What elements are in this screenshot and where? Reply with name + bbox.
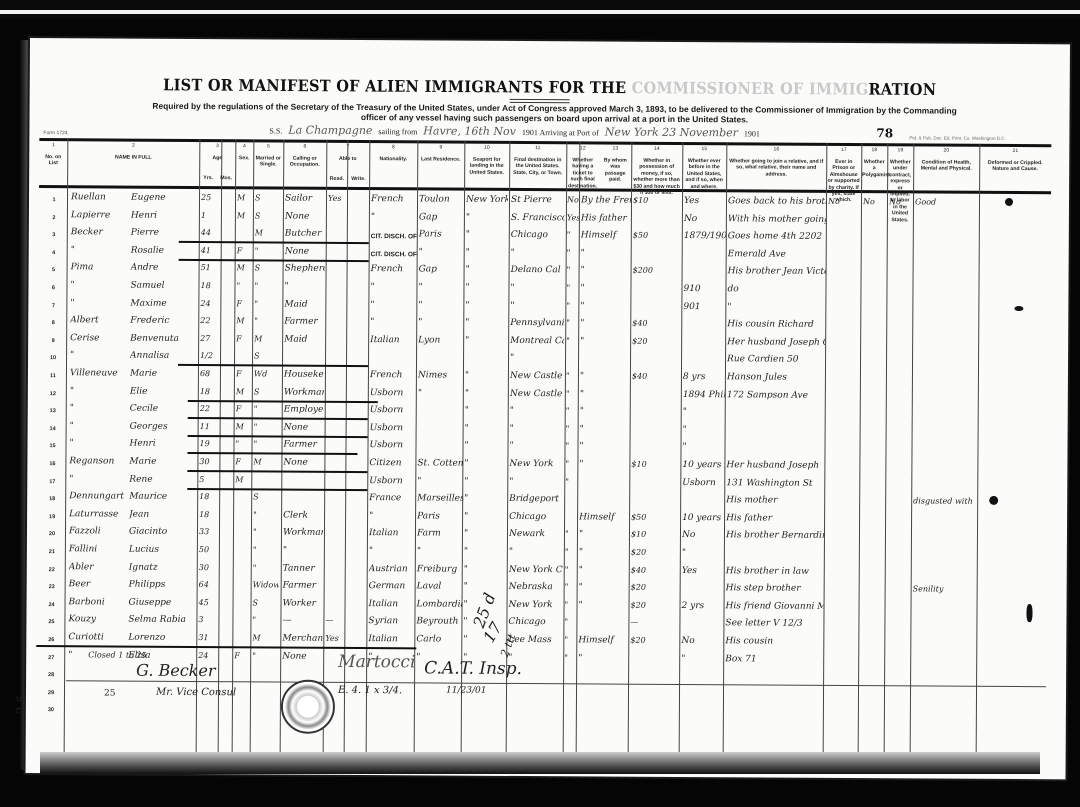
row-number: 10 (40, 355, 66, 361)
column-header: Whether ever before in the United States… (683, 158, 725, 190)
cell-age: 68 (200, 369, 220, 378)
cell-dest: Bridgeport (509, 494, 563, 504)
cell-port: " (465, 371, 507, 381)
column-number: 15 (682, 146, 726, 152)
ink-blot (1014, 306, 1023, 311)
cell-health: disgusted with (913, 497, 977, 506)
cell-ticket: " (566, 389, 578, 398)
cell-ms: " (253, 528, 279, 537)
cell-paid: " (580, 407, 630, 417)
column-header: Deformed or Crippled. Nature and Cause. (980, 160, 1050, 173)
cell-given: Selma Rabia (128, 615, 194, 625)
cell-surname: " (71, 245, 131, 255)
cell-ticket: " (566, 318, 578, 327)
cell-paid: His father (581, 213, 631, 223)
cell-dest: " (510, 301, 564, 311)
cell-ms: " (252, 651, 278, 660)
cell-sex: F (234, 651, 248, 660)
cell-ticket: " (567, 266, 579, 275)
cell-age: 22 (200, 316, 220, 325)
cell-paid: " (580, 283, 630, 293)
row-number: 7 (40, 303, 66, 309)
cell-paid: Himself (579, 512, 629, 522)
cell-before: 10 years (682, 513, 724, 523)
cell-ticket: " (565, 547, 577, 556)
cell-paid: " (581, 248, 631, 258)
cell-ticket: " (564, 653, 576, 662)
cell-occ: None (283, 458, 323, 468)
cell-surname: Pima (71, 263, 131, 273)
cell-age: 30 (199, 563, 219, 572)
cell-before: No (684, 214, 726, 224)
scan-edge-line (0, 10, 1080, 14)
cell-age: 45 (199, 598, 219, 607)
cell-ticket: " (566, 406, 578, 415)
column-number: 14 (631, 146, 682, 152)
column-header: Calling or Occupation. (284, 156, 325, 169)
column-number: 18 (861, 147, 887, 153)
cell-occ: None (285, 246, 325, 256)
cell-age: 19 (199, 439, 219, 448)
cell-nat: French (371, 264, 417, 274)
signature-inspector: C.A.T. Insp. (424, 658, 522, 679)
cell-money: $40 (631, 565, 679, 574)
cell-dest: " (509, 441, 563, 451)
cell-ticket: " (565, 442, 577, 451)
cell-paid: " (579, 442, 629, 452)
document-title: LIST OR MANIFEST OF ALIEN IMMIGRANTS FOR… (30, 75, 1070, 100)
cell-given: Eugene (131, 193, 197, 203)
cell-join: Her husband Joseph (726, 460, 824, 471)
cell-port: " (464, 476, 506, 486)
column-number: 9 (417, 144, 464, 150)
cell-before: " (682, 442, 724, 452)
column-header: Married or Single. (254, 155, 282, 168)
signature-martocci-note: E. 4. 1 x 3/4. (338, 685, 402, 696)
scan-border-top (0, 0, 1080, 18)
cell-res: " (419, 247, 465, 257)
cell-ticket: " (565, 477, 577, 486)
cell-money: $50 (631, 512, 679, 521)
cell-given: Maurice (129, 492, 195, 502)
cell-surname: Ruellan (71, 192, 131, 202)
cell-dest: " (510, 406, 564, 416)
cell-join: Goes home 4th 2202 (728, 231, 826, 242)
cell-ms: " (254, 405, 280, 414)
cell-nat: " (369, 546, 415, 556)
cell-nat: " (369, 511, 415, 521)
cell-sex: F (236, 334, 250, 343)
ship-info-line: S.S. La Champagne sailing from Havre, 16… (269, 123, 829, 139)
cell-surname: Fallini (69, 544, 129, 554)
cell-money: $10 (631, 530, 679, 539)
cell-paid: " (580, 319, 630, 329)
cell-before: " (683, 407, 725, 417)
cell-join: Rue Cardien 50 (727, 355, 825, 366)
row-number: 29 (38, 690, 64, 696)
cell-nat: " (370, 282, 416, 292)
column-subheader: Read. (326, 176, 348, 183)
cell-res: " (417, 546, 463, 556)
cell-ms: " (252, 616, 278, 625)
column-header: Whether in possession of money, if so, w… (632, 158, 681, 197)
cell-surname: Lapierre (71, 210, 131, 220)
cell-paid: " (580, 371, 630, 381)
column-number: 16 (726, 146, 826, 153)
arriving-port: New York 23 November (605, 126, 738, 140)
cell-given: Cecile (130, 404, 196, 414)
cell-money: — (630, 618, 678, 627)
cell-surname: " (70, 403, 130, 413)
cell-ticket: " (566, 283, 578, 292)
cell-ms: " (255, 246, 281, 255)
column-number: 3 (199, 143, 235, 149)
cell-port: " (465, 388, 507, 398)
signature-martocci: Martocci (338, 652, 415, 672)
cell-sex: M (236, 387, 250, 396)
cell-before: 901 (683, 302, 725, 312)
cell-surname: " (69, 439, 129, 449)
cell-given: Marie (129, 457, 195, 467)
cell-nat: Citizen (369, 458, 415, 468)
cell-dest: Pennsylvania (510, 318, 564, 328)
cell-given: Frederic (130, 316, 196, 326)
cell-join: His brother Jean Victor (728, 267, 826, 278)
cell-occ: Worker (283, 598, 323, 608)
cell-given: Pierre (131, 228, 197, 238)
cell-dest: S. Francisco (511, 213, 565, 223)
cell-paid: " (580, 336, 630, 346)
cell-age: 1/2 (200, 351, 220, 360)
cell-port: " (466, 247, 508, 257)
cell-port: " (465, 318, 507, 328)
row-number: 18 (39, 496, 65, 502)
cell-contract: No (889, 197, 913, 206)
column-number: 8 (369, 144, 417, 150)
cell-paid: " (579, 530, 629, 540)
cell-occ: Tanner (283, 563, 323, 573)
cell-age: 24 (198, 651, 218, 660)
cell-occ: Sailor (285, 194, 325, 204)
closed-note: Closed 1 to 25 (88, 650, 146, 659)
ink-blot (1026, 604, 1032, 622)
inspection-date: 11/23/01 (446, 686, 486, 696)
cell-nat: Syrian (368, 616, 414, 626)
cell-sex: F (237, 246, 251, 255)
cell-occ: Shepherd (285, 264, 325, 274)
row-number: 21 (39, 549, 65, 555)
column-number: 4 (235, 143, 253, 149)
cell-res: St. Cotten (417, 458, 463, 468)
cell-surname: " (70, 298, 130, 308)
column-header: Condition of Health, Mental and Physical… (914, 159, 978, 172)
cell-age: 51 (201, 263, 221, 272)
row-number: 28 (38, 672, 64, 678)
cell-given: Philipps (129, 580, 195, 590)
cell-read: Yes (325, 634, 345, 643)
cell-given: Annalisa (130, 351, 196, 361)
cell-surname: Curiotti (68, 632, 128, 642)
cell-port: " (464, 547, 506, 557)
cell-paid: " (579, 583, 629, 593)
cell-age: 18 (199, 510, 219, 519)
column-header: Whether having a ticket to such final de… (567, 157, 598, 189)
cell-dest: " (511, 248, 565, 258)
cell-ticket: " (565, 459, 577, 468)
cell-ticket: " (566, 336, 578, 345)
cell-read: Yes (328, 194, 348, 203)
passenger-count: 25 (104, 688, 116, 698)
row-number: 2 (41, 215, 67, 221)
cell-occ: Maid (284, 334, 324, 344)
cell-before: 1879/1901 at Chicago (684, 231, 726, 241)
cell-dest: " (510, 353, 564, 363)
cell-paid: " (579, 600, 629, 610)
scan-border-bottom (40, 752, 1040, 774)
cell-ticket: " (566, 371, 578, 380)
cell-ticket: " (565, 530, 577, 539)
cell-surname: Beer (69, 579, 129, 589)
cell-nat: Usborn (369, 476, 415, 486)
cell-res: Paris (417, 511, 463, 521)
cell-ticket: Yes (567, 213, 579, 222)
cell-given: Rene (129, 474, 195, 484)
cell-surname: Kouzy (68, 615, 128, 625)
cell-sex: " (235, 440, 249, 449)
cell-nat: French (371, 194, 417, 204)
cell-surname: " (70, 351, 130, 361)
cell-money: $20 (630, 636, 678, 645)
cell-ms: " (253, 510, 279, 519)
cell-age: 44 (201, 228, 221, 237)
cell-ticket: " (564, 635, 576, 644)
cell-sex: M (236, 422, 250, 431)
column-header: Seaport for landing in the United States… (465, 157, 508, 176)
column-subheader: Yrs. (199, 175, 217, 182)
cell-nat: CIT. DISCH. OF (371, 251, 417, 258)
cell-money: $20 (631, 583, 679, 592)
cell-given: Henri (129, 439, 195, 449)
cell-ms: S (253, 598, 279, 607)
cell-port: " (464, 494, 506, 504)
cell-dest: New York (509, 600, 563, 610)
column-number: 5 (253, 143, 283, 149)
row-number: 24 (39, 602, 65, 608)
cell-join: See letter V 12/3 (725, 619, 823, 630)
cell-occ: Maid (284, 299, 324, 309)
column-header: NAME IN FULL (68, 154, 198, 161)
cell-ticket: " (565, 582, 577, 591)
cell-ticket: " (566, 424, 578, 433)
cell-nat: Italian (369, 599, 415, 609)
cell-ms: S (255, 211, 281, 220)
cell-money: $20 (631, 548, 679, 557)
cell-sex: M (236, 316, 250, 325)
row-number: 9 (40, 338, 66, 344)
cell-sex: M (237, 193, 251, 202)
cell-dest: " (510, 424, 564, 434)
cell-sex: M (235, 475, 249, 484)
consular-seal (281, 680, 335, 734)
cell-age: 11 (200, 422, 220, 431)
column-number: 6 (283, 144, 326, 150)
cell-surname: " (70, 421, 130, 431)
cell-ms: S (254, 387, 280, 396)
cell-before: " (682, 548, 724, 558)
cell-given: Elie (130, 386, 196, 396)
cell-age: 18 (200, 281, 220, 290)
form-number: Form 1724. (43, 130, 69, 136)
column-header: Sex. (236, 155, 252, 162)
cell-given: Benvenuta (130, 333, 196, 343)
cell-join: His friend Giovanni Magenale (726, 601, 824, 612)
row-number: 13 (40, 408, 66, 414)
cell-money: $10 (631, 460, 679, 469)
row-number: 12 (40, 391, 66, 397)
cell-ticket: " (567, 248, 579, 257)
cell-occ: Farmer (283, 581, 323, 591)
cell-age: 18 (200, 387, 220, 396)
row-number: 3 (41, 232, 67, 238)
row-number: 22 (39, 567, 65, 573)
cell-ticket: " (564, 618, 576, 627)
cell-age: 64 (199, 580, 219, 589)
cell-surname: Barboni (69, 597, 129, 607)
cell-nat: Usborn (369, 440, 415, 450)
cell-surname: " (70, 280, 130, 290)
column-header: Last Residence. (418, 156, 463, 163)
cell-occ: None (284, 422, 324, 432)
column-number: 11 (509, 145, 566, 151)
cell-age: 1 (201, 211, 221, 220)
cell-paid: " (581, 266, 631, 276)
cell-occ: Merchant (282, 634, 322, 644)
cell-prison: No (828, 197, 860, 206)
cell-nat: " (371, 212, 417, 222)
cell-ms: " (253, 545, 279, 554)
cell-ms: S (255, 264, 281, 273)
cell-surname: " (70, 386, 130, 396)
cell-surname: Fazzoli (69, 527, 129, 537)
column-number: 12 (566, 145, 599, 151)
cell-dest: " (510, 283, 564, 293)
column-number: 2 (67, 142, 199, 149)
cell-port: " (466, 265, 508, 275)
cell-join: His cousin Richard (727, 319, 825, 330)
cell-occ: Employee (284, 405, 324, 415)
cell-res: " (418, 318, 464, 328)
cell-ms: S (253, 493, 279, 502)
cell-port: " (465, 300, 507, 310)
cell-paid: " (579, 459, 629, 469)
cell-before: 2 yrs (682, 601, 724, 611)
cell-res: Farm (417, 529, 463, 539)
column-number: 10 (464, 145, 509, 151)
cell-sex: F (236, 369, 250, 378)
cell-given: Georges (130, 421, 196, 431)
cell-port: " (464, 441, 506, 451)
row-number: 11 (40, 373, 66, 379)
cell-res: Lombardia (417, 599, 463, 609)
cell-res: Toulon (419, 194, 465, 204)
cell-res: Lyon (418, 335, 464, 345)
cell-join: Emerald Ave (728, 249, 826, 260)
cell-ticket: " (565, 565, 577, 574)
cell-dest: Montreal Can. (510, 336, 564, 346)
cell-join: His step brother (726, 583, 824, 594)
cell-given: Samuel (130, 281, 196, 291)
cell-nat: Italian (368, 634, 414, 644)
cell-given: Henri (131, 210, 197, 220)
column-header: Whether going to join a relative, and if… (727, 158, 825, 178)
cell-money: $50 (633, 231, 681, 240)
cell-port: " (464, 511, 506, 521)
cell-health: Senility (913, 585, 977, 594)
cell-money: $20 (632, 336, 680, 345)
cell-join: Hanson Jules (727, 372, 825, 383)
row-number: 27 (38, 655, 64, 661)
cell-age: 41 (201, 246, 221, 255)
cell-join: His brother Bernardino (726, 531, 824, 542)
cell-join: His mother (726, 495, 824, 506)
column-header: By whom was passage paid. (600, 157, 630, 183)
cell-port: " (465, 335, 507, 345)
column-subheader: Write. (348, 176, 370, 183)
cell-port: " (466, 212, 508, 222)
row-number: 16 (39, 461, 65, 467)
cell-ms: M (253, 457, 279, 466)
cell-age: 30 (199, 457, 219, 466)
cell-age: 3 (198, 615, 218, 624)
cell-sex: F (236, 404, 250, 413)
cell-money: $40 (632, 372, 680, 381)
cell-sex: " (236, 281, 250, 290)
cell-age: 24 (200, 299, 220, 308)
cell-surname: " (69, 474, 129, 484)
cell-age: 27 (200, 334, 220, 343)
cell-port: " (465, 423, 507, 433)
cell-occ: " (284, 282, 324, 292)
column-number: 19 (887, 147, 913, 153)
row-number: 1 (41, 197, 67, 203)
cell-port: " (466, 230, 508, 240)
cell-given: Lorenzo (128, 633, 194, 643)
column-number: 1 (39, 142, 67, 148)
column-header: Able to (327, 156, 368, 163)
row-number: 4 (41, 250, 67, 256)
ink-blot (989, 496, 998, 505)
cell-occ: None (285, 211, 325, 221)
cell-occ: — (282, 616, 322, 626)
cell-dest: Chicago (508, 617, 562, 627)
cell-ms: M (255, 229, 281, 238)
cell-surname: Albert (70, 315, 130, 325)
cell-given: Maxime (130, 298, 196, 308)
cell-before: 10 years (682, 460, 724, 470)
row-number: 5 (41, 267, 67, 273)
cell-join: Box 71 (725, 654, 823, 665)
cell-ms: " (254, 299, 280, 308)
cell-port: " (464, 529, 506, 539)
cell-health: Good (915, 197, 979, 206)
cell-ms: M (254, 334, 280, 343)
cell-join: His brother in law (726, 566, 824, 577)
cell-occ: Workman (284, 387, 324, 397)
row-number: 15 (39, 443, 65, 449)
row-number: 30 (38, 707, 64, 713)
cell-before: 8 yrs (683, 372, 725, 382)
cell-ms: " (254, 422, 280, 431)
